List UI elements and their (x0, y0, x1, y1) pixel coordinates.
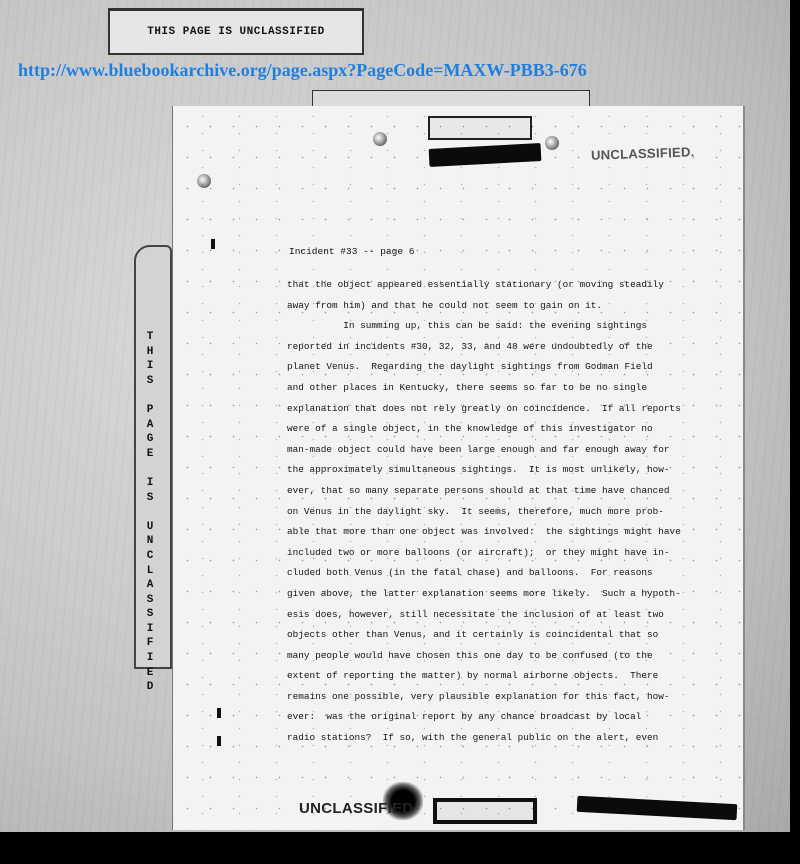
unclassified-label-top: THIS PAGE IS UNCLASSIFIED (108, 8, 364, 55)
scan-border (0, 832, 800, 864)
document-line: were of a single object, in the knowledg… (287, 419, 707, 440)
document-line: able that more than one object was invol… (287, 522, 707, 543)
document-line: explanation that does not rely greatly o… (287, 399, 707, 420)
punch-hole-right (545, 136, 559, 150)
clip-box (428, 116, 532, 140)
document-page: UNCLASSIFIED. Incident #33 -- page 6 tha… (172, 106, 743, 830)
document-line: included two or more balloons (or aircra… (287, 543, 707, 564)
document-line: reported in incidents #30, 32, 33, and 4… (287, 337, 707, 358)
document-line: remains one possible, very plausible exp… (287, 687, 707, 708)
document-line: objects other than Venus, and it certain… (287, 625, 707, 646)
document-line: ever: was the original report by any cha… (287, 707, 707, 728)
document-line: radio stations? If so, with the general … (287, 728, 707, 749)
bottom-redaction-box (433, 798, 537, 824)
unclassified-stamp-top: UNCLASSIFIED. (591, 144, 695, 163)
unclassified-stamp-bottom: UNCLASSIFIED (299, 800, 413, 817)
margin-mark (217, 736, 221, 746)
document-heading: Incident #33 -- page 6 (289, 246, 414, 257)
document-line: man-made object could have been large en… (287, 440, 707, 461)
punch-hole-left (373, 132, 387, 146)
side-unclassified-label: T H I S P A G E I S U N C L A S S I F I … (140, 330, 160, 695)
document-line: cluded both Venus (in the fatal chase) a… (287, 563, 707, 584)
punch-hole-margin (197, 174, 211, 188)
redaction-bottom (577, 796, 738, 820)
document-line: extent of reporting the matter) by norma… (287, 666, 707, 687)
document-line: on Venus in the daylight sky. It seems, … (287, 502, 707, 523)
document-line: ever, that so many separate persons shou… (287, 481, 707, 502)
document-line: the approximately simultaneous sightings… (287, 460, 707, 481)
document-line: In summing up, this can be said: the eve… (287, 316, 707, 337)
document-line: and other places in Kentucky, there seem… (287, 378, 707, 399)
margin-mark (211, 239, 215, 249)
document-line: esis does, however, still necessitate th… (287, 605, 707, 626)
unclassified-label-text: THIS PAGE IS UNCLASSIFIED (147, 26, 325, 38)
document-line: away from him) and that he could not see… (287, 296, 707, 317)
redaction-top (429, 143, 542, 167)
archive-url-link[interactable]: http://www.bluebookarchive.org/page.aspx… (18, 60, 587, 81)
margin-mark (217, 708, 221, 718)
document-line: many people would have chosen this one d… (287, 646, 707, 667)
document-body: that the object appeared essentially sta… (287, 275, 707, 749)
document-line: that the object appeared essentially sta… (287, 275, 707, 296)
document-line: given above, the latter explanation seem… (287, 584, 707, 605)
document-line: planet Venus. Regarding the daylight sig… (287, 357, 707, 378)
